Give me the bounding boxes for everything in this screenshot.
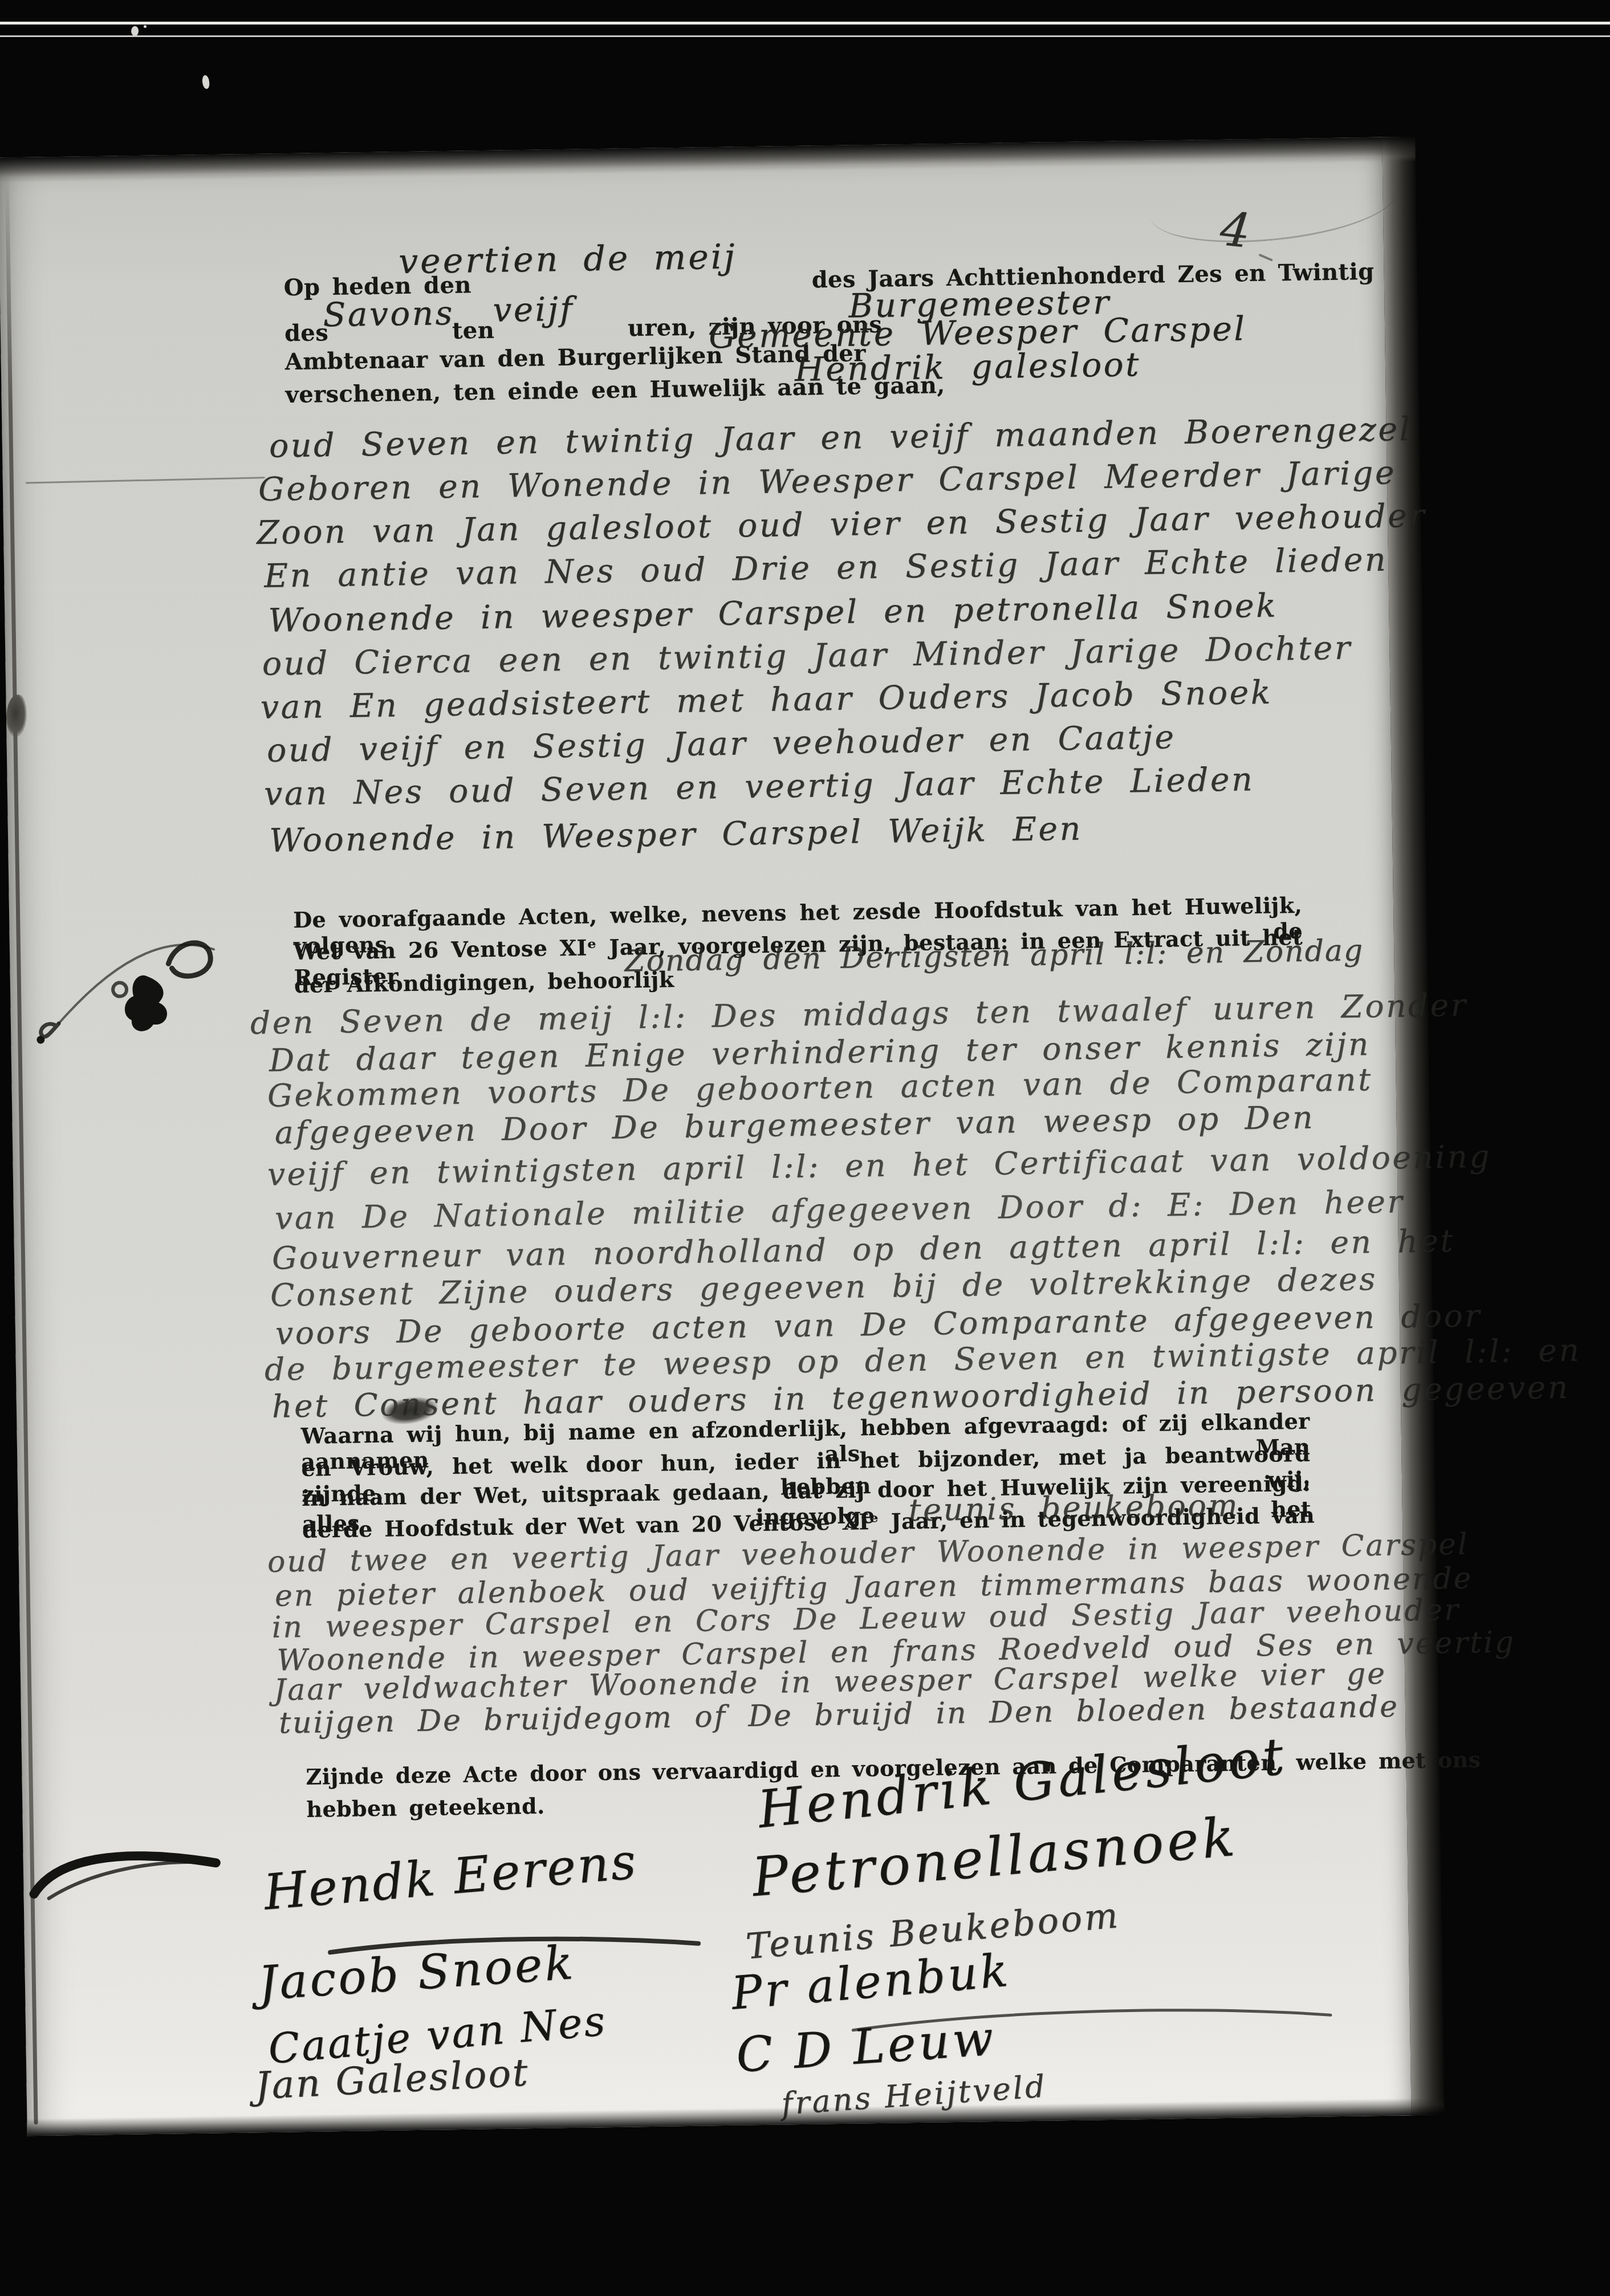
handwritten-entry: veertien de meij: [399, 237, 737, 282]
register-page: 4 Op heden den veertien de meij des Jaar…: [0, 137, 1445, 2136]
handwritten-entry: teunis beukeboom: [908, 1488, 1239, 1529]
document-scan: { "page_number": "4", "margin": { "mark"…: [0, 0, 1610, 2296]
page-number: 4: [1218, 202, 1253, 259]
signature-flourish: [27, 1843, 222, 1909]
dust-speck: [144, 25, 147, 28]
margin-number-flourish: [32, 925, 222, 1065]
handwritten-entry: Hendrik galesloot: [795, 345, 1141, 389]
dust-speck: [202, 75, 210, 89]
scan-border-rule-top: [0, 22, 1610, 25]
handwritten-entry: Savons: [323, 294, 454, 334]
scan-border-rule-second: [0, 35, 1610, 37]
printed-line: ten: [452, 317, 495, 344]
printed-line: hebben geteekend.: [306, 1793, 545, 1822]
printed-line: des: [284, 319, 329, 347]
handwritten-entry: veijf: [493, 290, 575, 330]
